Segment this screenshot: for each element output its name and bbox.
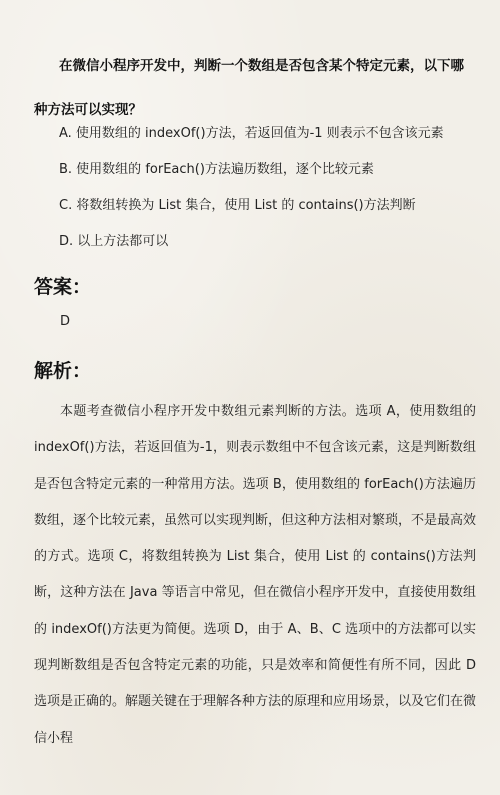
document-page: 在微信小程序开发中，判断一个数组是否包含某个特定元素，以下哪种方法可以实现？ A… <box>0 0 500 795</box>
analysis-heading: 解析： <box>34 356 91 383</box>
option-c: C. 将数组转换为 List 集合，使用 List 的 contains()方法… <box>59 188 479 224</box>
option-a: A. 使用数组的 indexOf()方法，若返回值为-1 则表示不包含该元素 <box>59 116 479 152</box>
answer-value: D <box>60 314 70 329</box>
option-d: D. 以上方法都可以 <box>59 224 479 260</box>
analysis-text: 本题考查微信小程序开发中数组元素判断的方法。选项 A，使用数组的 indexOf… <box>34 394 476 757</box>
answer-heading: 答案： <box>34 272 91 299</box>
option-b: B. 使用数组的 forEach()方法遍历数组，逐个比较元素 <box>59 152 479 188</box>
options-list: A. 使用数组的 indexOf()方法，若返回值为-1 则表示不包含该元素 B… <box>59 116 479 260</box>
